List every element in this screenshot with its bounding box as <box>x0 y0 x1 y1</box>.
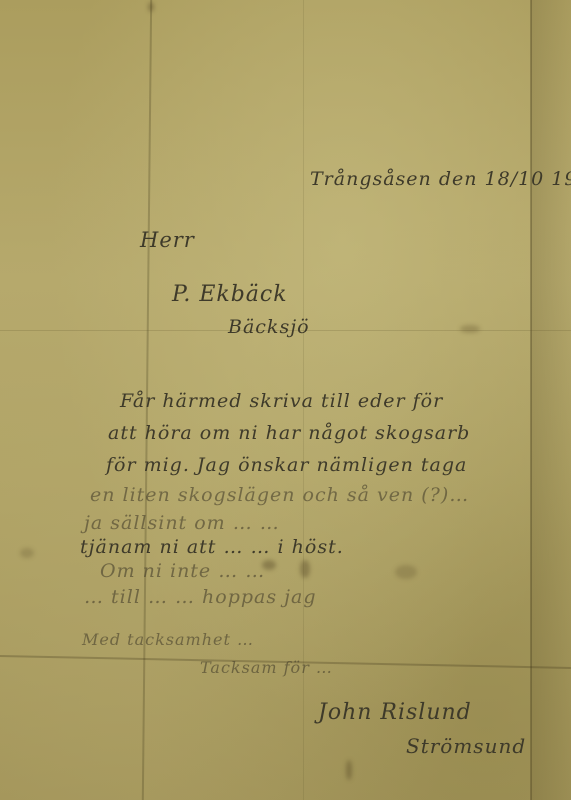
salutation: Herr <box>140 228 195 252</box>
body-line: en liten skogslägen och så ven (?)… <box>90 484 469 506</box>
stain <box>20 548 34 558</box>
closing-line: Med tacksamhet … <box>82 630 254 649</box>
body-line: tjänam ni att … … i höst. <box>80 536 344 558</box>
body-line: … till … … hoppas jag <box>84 586 317 608</box>
body-line: för mig. Jag önskar nämligen taga <box>106 454 467 476</box>
signature-name: John Rislund <box>318 700 472 725</box>
stain <box>460 325 480 333</box>
body-line: Om ni inte … … <box>100 560 265 582</box>
fold-crease <box>530 0 532 800</box>
body-line: ja sällsint om … … <box>84 512 280 534</box>
recipient-place: Bäcksjö <box>228 316 310 338</box>
closing-line: Tacksam för … <box>200 658 333 677</box>
letter-page: Trångsåsen den 18/10 193… Herr P. Ekbäck… <box>0 0 571 800</box>
paper-edge <box>531 0 571 800</box>
stain <box>148 2 154 12</box>
body-line: att höra om ni har något skogsarb <box>108 422 470 444</box>
stain <box>395 565 417 579</box>
body-line: Får härmed skriva till eder för <box>120 390 443 412</box>
recipient-name: P. Ekbäck <box>172 282 288 307</box>
signature-place: Strömsund <box>406 734 526 758</box>
stain <box>346 760 352 780</box>
stain <box>300 560 310 578</box>
place-date: Trångsåsen den 18/10 193… <box>310 168 571 190</box>
